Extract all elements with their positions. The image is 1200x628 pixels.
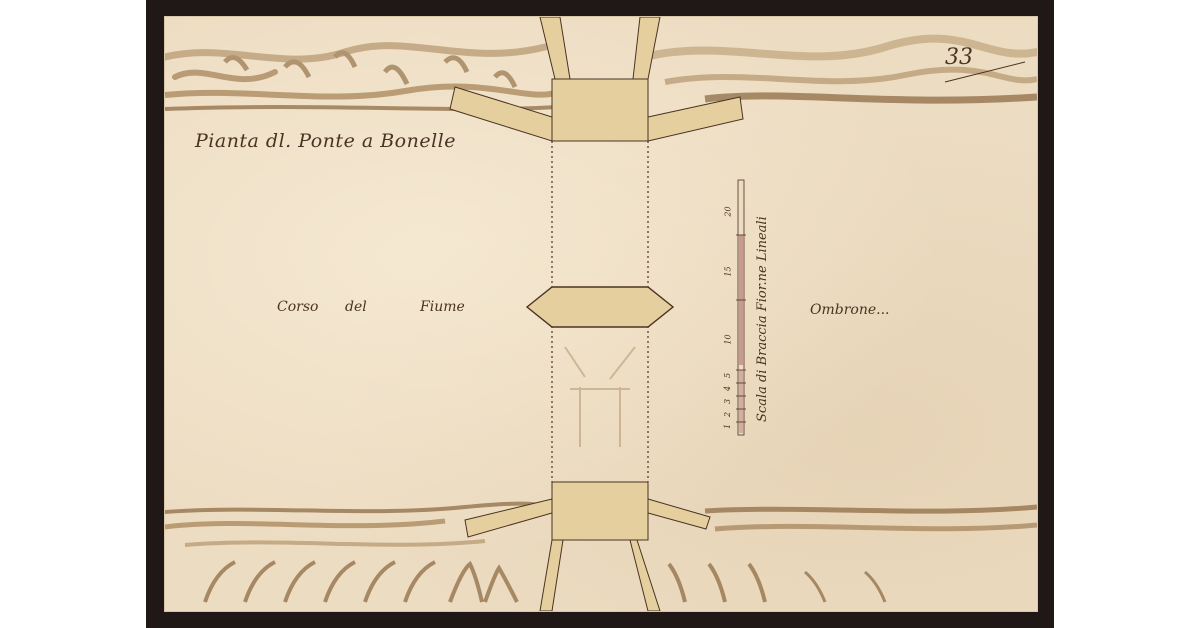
river-label-corso: Corso <box>277 299 318 315</box>
scale-tick-3: 3 <box>723 399 732 404</box>
plan-title: Pianta dl. Ponte a Bonelle <box>195 130 456 152</box>
arch-sketch <box>565 347 635 447</box>
scale-bar <box>736 180 746 435</box>
river-label-ombrone: Ombrone... <box>810 302 890 318</box>
scale-tick-5: 5 <box>723 373 732 378</box>
bridge-pier <box>527 287 673 327</box>
scale-tick-2: 2 <box>723 412 732 417</box>
scale-tick-20: 20 <box>724 206 733 216</box>
manuscript-sheet: Pianta dl. Ponte a Bonelle 33 Corso del … <box>165 17 1037 611</box>
scale-tick-15: 15 <box>724 266 733 276</box>
scale-tick-10: 10 <box>724 334 733 344</box>
river-label-fiume: Fiume <box>420 299 465 315</box>
page-number: 33 <box>945 45 973 70</box>
bridge-bottom-approach <box>465 482 710 611</box>
scale-label: Scala di Braccia Fior.ne Lineali <box>755 216 770 422</box>
river-label-del: del <box>345 299 367 315</box>
scale-tick-1: 1 <box>723 424 732 429</box>
scale-tick-4: 4 <box>723 386 732 391</box>
